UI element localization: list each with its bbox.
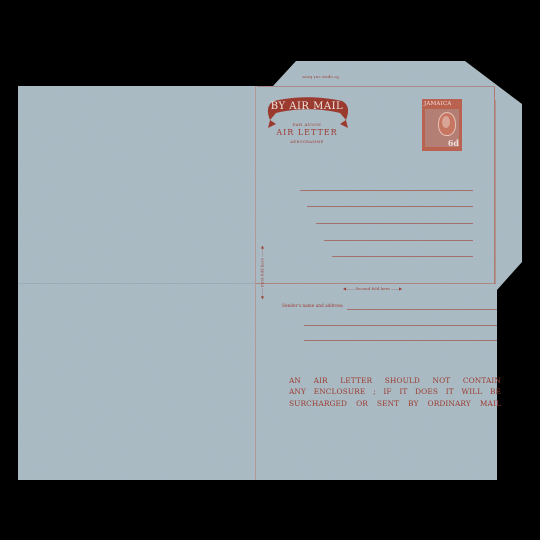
enclosure-warning: AN AIR LETTER SHOULD NOT CONTAIN ANY ENC…	[289, 375, 501, 409]
address-line	[332, 256, 473, 257]
address-line	[300, 190, 473, 191]
stamp-country: JAMAICA	[424, 101, 452, 107]
stamp-value: 6d	[448, 138, 459, 148]
air-letter-label: AIR LETTER	[267, 128, 347, 137]
warning-line: SURCHARGED OR SENT BY ORDINARY MAIL	[289, 398, 501, 409]
second-fold-instruction: ◀—— Second fold here ——▶	[343, 286, 402, 291]
aerogramme-label: AEROGRAMME	[267, 140, 347, 144]
address-line	[307, 206, 473, 207]
by-air-mail-label: BY AIR MAIL	[267, 101, 347, 112]
flap-cut-instruction: To open cut here	[302, 75, 339, 80]
air-mail-badge: BY AIR MAIL PAR AVION AIR LETTER AEROGRA…	[267, 100, 347, 150]
first-fold-instruction: ◀—— First fold here ——▶	[260, 243, 265, 303]
paper-crease	[18, 283, 255, 284]
address-line	[324, 240, 473, 241]
right-flap-fold-line	[495, 100, 496, 283]
postage-stamp: JAMAICA 6d	[422, 99, 462, 151]
second-fold-line	[256, 283, 496, 284]
address-line	[316, 223, 473, 224]
sender-line	[304, 340, 497, 341]
sender-label: Sender's name and address:	[282, 304, 344, 309]
warning-line: AN AIR LETTER SHOULD NOT CONTAIN	[289, 375, 501, 386]
sender-line	[347, 309, 497, 310]
sender-line	[304, 325, 497, 326]
warning-line: ANY ENCLOSURE ; IF IT DOES IT WILL BE	[289, 386, 501, 397]
par-avion-label: PAR AVION	[267, 122, 347, 127]
